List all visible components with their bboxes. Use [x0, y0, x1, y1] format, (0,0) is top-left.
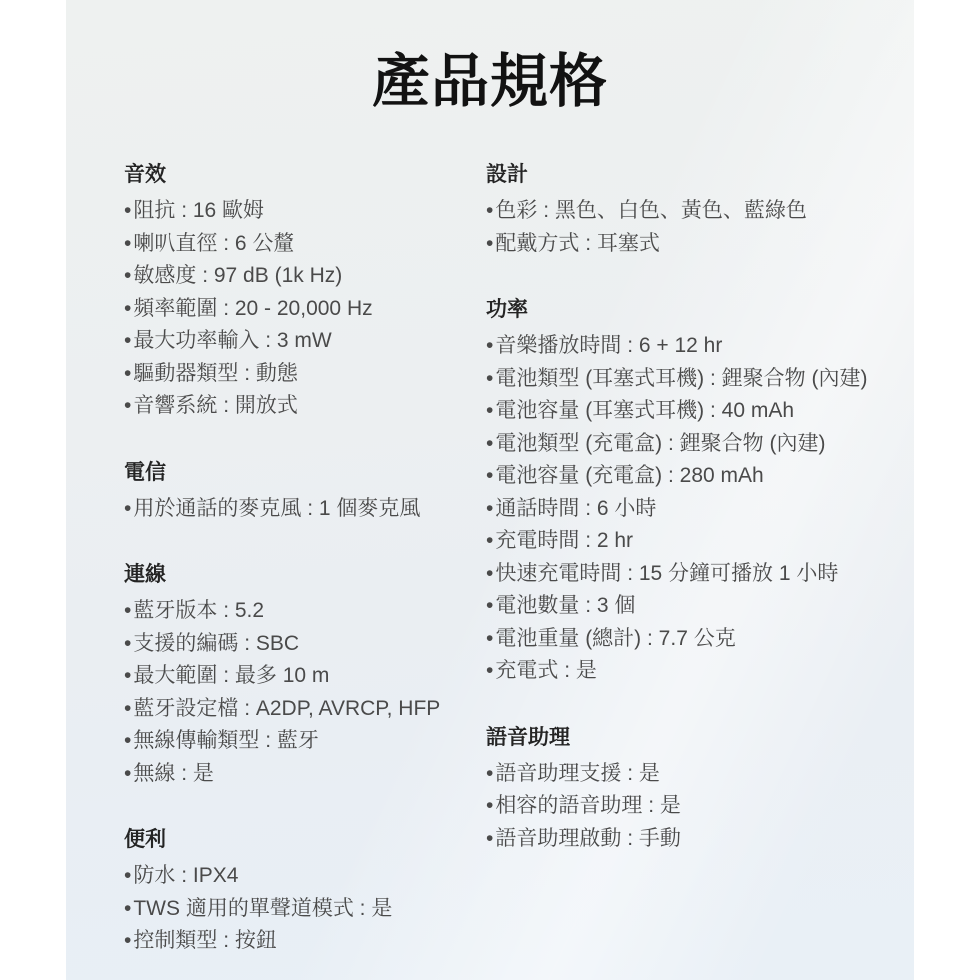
- spec-item-text: 充電時間 : 2 hr: [495, 529, 633, 552]
- bullet-icon: •: [486, 363, 493, 396]
- spec-item: •電池類型 (充電盒) : 鋰聚合物 (內建): [486, 428, 898, 461]
- bullet-icon: •: [486, 330, 493, 363]
- spec-item: •最大範圍 : 最多 10 m: [124, 660, 486, 693]
- bullet-icon: •: [486, 655, 493, 688]
- bullet-icon: •: [486, 228, 493, 261]
- bullet-icon: •: [124, 628, 131, 661]
- bullet-icon: •: [124, 293, 131, 326]
- spec-item: •藍牙版本 : 5.2: [124, 595, 486, 628]
- spec-list: •語音助理支援 : 是 •相容的語音助理 : 是 •語音助理啟動 : 手動: [486, 758, 898, 856]
- bullet-icon: •: [124, 693, 131, 726]
- spec-item: •支援的編碼 : SBC: [124, 628, 486, 661]
- page-title: 產品規格: [66, 46, 914, 118]
- spec-item-text: 控制類型 : 按鈕: [133, 929, 277, 952]
- spec-item-text: 配戴方式 : 耳塞式: [495, 232, 660, 255]
- spec-list: •防水 : IPX4 •TWS 適用的單聲道模式 : 是 •控制類型 : 按鈕: [124, 860, 486, 958]
- spec-section-left-3: 便利 •防水 : IPX4 •TWS 適用的單聲道模式 : 是 •控制類型 : …: [124, 823, 486, 958]
- bullet-icon: •: [486, 558, 493, 591]
- spec-item-text: 電池類型 (充電盒) : 鋰聚合物 (內建): [495, 432, 825, 455]
- section-heading: 電信: [124, 456, 486, 489]
- spec-section-left-0: 音效 •阻抗 : 16 歐姆 •喇叭直徑 : 6 公釐 •敏感度 : 97 dB…: [124, 158, 486, 423]
- spec-item: •配戴方式 : 耳塞式: [486, 228, 898, 261]
- spec-list: •藍牙版本 : 5.2 •支援的編碼 : SBC •最大範圍 : 最多 10 m…: [124, 595, 486, 790]
- spec-item: •電池數量 : 3 個: [486, 590, 898, 623]
- spec-item-text: 電池容量 (充電盒) : 280 mAh: [495, 464, 763, 487]
- spec-item: •音響系統 : 開放式: [124, 390, 486, 423]
- spec-item-text: TWS 適用的單聲道模式 : 是: [133, 897, 392, 920]
- section-heading: 設計: [486, 158, 898, 191]
- spec-item: •頻率範圍 : 20 - 20,000 Hz: [124, 293, 486, 326]
- bullet-icon: •: [124, 925, 131, 958]
- spec-item: •無線傳輸類型 : 藍牙: [124, 725, 486, 758]
- column-right: 設計 •色彩 : 黑色、白色、黃色、藍綠色 •配戴方式 : 耳塞式 功率 •音樂…: [486, 158, 898, 958]
- bullet-icon: •: [124, 195, 131, 228]
- spec-item-text: 驅動器類型 : 動態: [133, 362, 298, 385]
- spec-item: •控制類型 : 按鈕: [124, 925, 486, 958]
- section-heading: 音效: [124, 158, 486, 191]
- spec-item: •充電時間 : 2 hr: [486, 525, 898, 558]
- spec-card: 產品規格 音效 •阻抗 : 16 歐姆 •喇叭直徑 : 6 公釐 •敏感度 : …: [66, 0, 914, 980]
- spec-columns: 音效 •阻抗 : 16 歐姆 •喇叭直徑 : 6 公釐 •敏感度 : 97 dB…: [66, 118, 914, 958]
- spec-section-left-2: 連線 •藍牙版本 : 5.2 •支援的編碼 : SBC •最大範圍 : 最多 1…: [124, 558, 486, 790]
- spec-item-text: 支援的編碼 : SBC: [133, 632, 299, 655]
- bullet-icon: •: [124, 860, 131, 893]
- spec-item: •驅動器類型 : 動態: [124, 358, 486, 391]
- spec-item: •快速充電時間 : 15 分鐘可播放 1 小時: [486, 558, 898, 591]
- spec-item-text: 相容的語音助理 : 是: [495, 794, 681, 817]
- spec-item-text: 通話時間 : 6 小時: [495, 497, 656, 520]
- spec-item-text: 充電式 : 是: [495, 659, 597, 682]
- spec-item-text: 最大功率輸入 : 3 mW: [133, 329, 331, 352]
- spec-list: •色彩 : 黑色、白色、黃色、藍綠色 •配戴方式 : 耳塞式: [486, 195, 898, 260]
- spec-item: •喇叭直徑 : 6 公釐: [124, 228, 486, 261]
- spec-item: •最大功率輸入 : 3 mW: [124, 325, 486, 358]
- spec-item-text: 最大範圍 : 最多 10 m: [133, 664, 329, 687]
- spec-item-text: 音樂播放時間 : 6 + 12 hr: [495, 334, 722, 357]
- spec-item: •防水 : IPX4: [124, 860, 486, 893]
- bullet-icon: •: [124, 758, 131, 791]
- column-left: 音效 •阻抗 : 16 歐姆 •喇叭直徑 : 6 公釐 •敏感度 : 97 dB…: [124, 158, 486, 958]
- bullet-icon: •: [124, 660, 131, 693]
- spec-item-text: 快速充電時間 : 15 分鐘可播放 1 小時: [495, 562, 838, 585]
- spec-item: •TWS 適用的單聲道模式 : 是: [124, 893, 486, 926]
- spec-section-right-2: 語音助理 •語音助理支援 : 是 •相容的語音助理 : 是 •語音助理啟動 : …: [486, 721, 898, 856]
- spec-item: •電池容量 (耳塞式耳機) : 40 mAh: [486, 395, 898, 428]
- bullet-icon: •: [486, 758, 493, 791]
- spec-item: •音樂播放時間 : 6 + 12 hr: [486, 330, 898, 363]
- bullet-icon: •: [124, 725, 131, 758]
- spec-item: •通話時間 : 6 小時: [486, 493, 898, 526]
- spec-list: •音樂播放時間 : 6 + 12 hr •電池類型 (耳塞式耳機) : 鋰聚合物…: [486, 330, 898, 688]
- spec-item-text: 電池類型 (耳塞式耳機) : 鋰聚合物 (內建): [495, 367, 867, 390]
- spec-item-text: 電池數量 : 3 個: [495, 594, 635, 617]
- bullet-icon: •: [124, 325, 131, 358]
- bullet-icon: •: [486, 823, 493, 856]
- bullet-icon: •: [486, 195, 493, 228]
- spec-section-right-1: 功率 •音樂播放時間 : 6 + 12 hr •電池類型 (耳塞式耳機) : 鋰…: [486, 293, 898, 688]
- spec-item: •無線 : 是: [124, 758, 486, 791]
- spec-item: •充電式 : 是: [486, 655, 898, 688]
- spec-item-text: 音響系統 : 開放式: [133, 394, 298, 417]
- spec-item-text: 電池重量 (總計) : 7.7 公克: [495, 627, 735, 650]
- section-heading: 便利: [124, 823, 486, 856]
- spec-item: •用於通話的麥克風 : 1 個麥克風: [124, 493, 486, 526]
- spec-list: •阻抗 : 16 歐姆 •喇叭直徑 : 6 公釐 •敏感度 : 97 dB (1…: [124, 195, 486, 423]
- spec-item: •語音助理啟動 : 手動: [486, 823, 898, 856]
- spec-item-text: 語音助理支援 : 是: [495, 762, 660, 785]
- spec-section-right-0: 設計 •色彩 : 黑色、白色、黃色、藍綠色 •配戴方式 : 耳塞式: [486, 158, 898, 260]
- bullet-icon: •: [486, 590, 493, 623]
- spec-item: •阻抗 : 16 歐姆: [124, 195, 486, 228]
- spec-item-text: 防水 : IPX4: [133, 864, 238, 887]
- spec-section-left-1: 電信 •用於通話的麥克風 : 1 個麥克風: [124, 456, 486, 526]
- bullet-icon: •: [124, 260, 131, 293]
- bullet-icon: •: [124, 390, 131, 423]
- bullet-icon: •: [124, 893, 131, 926]
- spec-item: •相容的語音助理 : 是: [486, 790, 898, 823]
- bullet-icon: •: [486, 623, 493, 656]
- spec-item: •藍牙設定檔 : A2DP, AVRCP, HFP: [124, 693, 486, 726]
- spec-item: •語音助理支援 : 是: [486, 758, 898, 791]
- spec-item-text: 敏感度 : 97 dB (1k Hz): [133, 264, 342, 287]
- spec-item-text: 用於通話的麥克風 : 1 個麥克風: [133, 497, 420, 520]
- spec-list: •用於通話的麥克風 : 1 個麥克風: [124, 493, 486, 526]
- spec-item-text: 語音助理啟動 : 手動: [495, 827, 681, 850]
- spec-item-text: 無線 : 是: [133, 762, 214, 785]
- spec-item-text: 頻率範圍 : 20 - 20,000 Hz: [133, 297, 372, 320]
- spec-item-text: 阻抗 : 16 歐姆: [133, 199, 264, 222]
- spec-item-text: 藍牙設定檔 : A2DP, AVRCP, HFP: [133, 697, 440, 720]
- spec-item-text: 電池容量 (耳塞式耳機) : 40 mAh: [495, 399, 794, 422]
- spec-item-text: 藍牙版本 : 5.2: [133, 599, 264, 622]
- bullet-icon: •: [486, 493, 493, 526]
- spec-item: •電池重量 (總計) : 7.7 公克: [486, 623, 898, 656]
- bullet-icon: •: [124, 228, 131, 261]
- spec-item: •電池容量 (充電盒) : 280 mAh: [486, 460, 898, 493]
- bullet-icon: •: [124, 493, 131, 526]
- spec-item: •電池類型 (耳塞式耳機) : 鋰聚合物 (內建): [486, 363, 898, 396]
- bullet-icon: •: [486, 525, 493, 558]
- section-heading: 連線: [124, 558, 486, 591]
- bullet-icon: •: [124, 595, 131, 628]
- spec-item: •色彩 : 黑色、白色、黃色、藍綠色: [486, 195, 898, 228]
- spec-item: •敏感度 : 97 dB (1k Hz): [124, 260, 486, 293]
- spec-item-text: 色彩 : 黑色、白色、黃色、藍綠色: [495, 199, 807, 222]
- bullet-icon: •: [486, 428, 493, 461]
- spec-item-text: 喇叭直徑 : 6 公釐: [133, 232, 294, 255]
- bullet-icon: •: [486, 790, 493, 823]
- spec-item-text: 無線傳輸類型 : 藍牙: [133, 729, 319, 752]
- section-heading: 語音助理: [486, 721, 898, 754]
- bullet-icon: •: [486, 460, 493, 493]
- bullet-icon: •: [486, 395, 493, 428]
- page-background: 產品規格 音效 •阻抗 : 16 歐姆 •喇叭直徑 : 6 公釐 •敏感度 : …: [0, 0, 980, 980]
- bullet-icon: •: [124, 358, 131, 391]
- section-heading: 功率: [486, 293, 898, 326]
